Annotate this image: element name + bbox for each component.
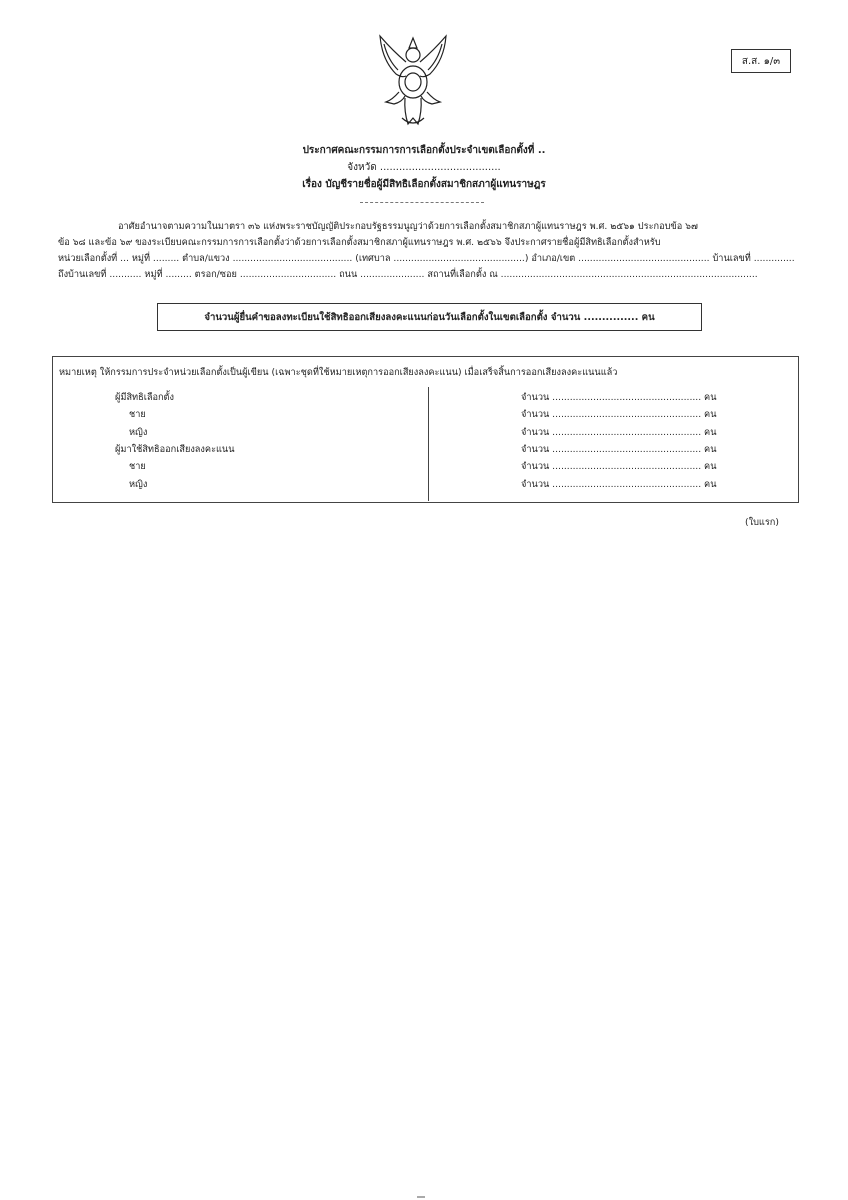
note-row-label: ชาย <box>129 407 146 422</box>
note-row-label: ผู้มีสิทธิเลือกตั้ง <box>115 390 174 405</box>
title-subject: เรื่อง บัญชีรายชื่อผู้มีสิทธิเลือกตั้งสม… <box>0 177 848 192</box>
note-row-value: จำนวน ..................................… <box>521 425 716 440</box>
bottom-mark <box>417 1196 425 1198</box>
title-province: จังหวัด ................................… <box>0 160 848 175</box>
note-heading: หมายเหตุ ให้กรรมการประจำหน่วยเลือกตั้งเป… <box>59 365 617 380</box>
note-row-value: จำนวน ..................................… <box>521 477 716 492</box>
body-line-1: อาศัยอำนาจตามความในมาตรา ๓๖ แห่งพระราชบั… <box>58 219 794 235</box>
form-code-badge: ส.ส. ๑/๓ <box>731 49 791 73</box>
body-line-3: หน่วยเลือกตั้งที่ ... หมู่ที่ ......... … <box>58 251 794 267</box>
note-row-label: ผู้มาใช้สิทธิออกเสียงลงคะแนน <box>115 442 235 457</box>
note-row-value: จำนวน ..................................… <box>521 407 716 422</box>
page-label: (ใบแรก) <box>745 515 779 530</box>
note-row-value: จำนวน ..................................… <box>521 390 716 405</box>
garuda-emblem-icon <box>372 30 454 130</box>
note-row-label: ชาย <box>129 459 146 474</box>
body-line-4: ถึงบ้านเลขที่ ........... หมู่ที่ ......… <box>58 267 794 283</box>
note-box: หมายเหตุ ให้กรรมการประจำหน่วยเลือกตั้งเป… <box>52 356 799 503</box>
note-column-divider <box>428 387 429 501</box>
title-separator <box>360 202 484 203</box>
note-row-label: หญิง <box>129 477 147 492</box>
title-line-1: ประกาศคณะกรรมการการเลือกตั้งประจำเขตเลือ… <box>0 143 848 158</box>
note-row-value: จำนวน ..................................… <box>521 459 716 474</box>
body-line-2: ข้อ ๖๘ และข้อ ๖๙ ของระเบียบคณะกรรมการการ… <box>58 235 794 251</box>
form-code-text: ส.ส. ๑/๓ <box>742 54 780 69</box>
advance-voting-count-text: จำนวนผู้ยื่นคำขอลงทะเบียนใช้สิทธิออกเสีย… <box>204 310 654 325</box>
advance-voting-count-box: จำนวนผู้ยื่นคำขอลงทะเบียนใช้สิทธิออกเสีย… <box>157 303 702 331</box>
note-row-value: จำนวน ..................................… <box>521 442 716 457</box>
note-row-label: หญิง <box>129 425 147 440</box>
